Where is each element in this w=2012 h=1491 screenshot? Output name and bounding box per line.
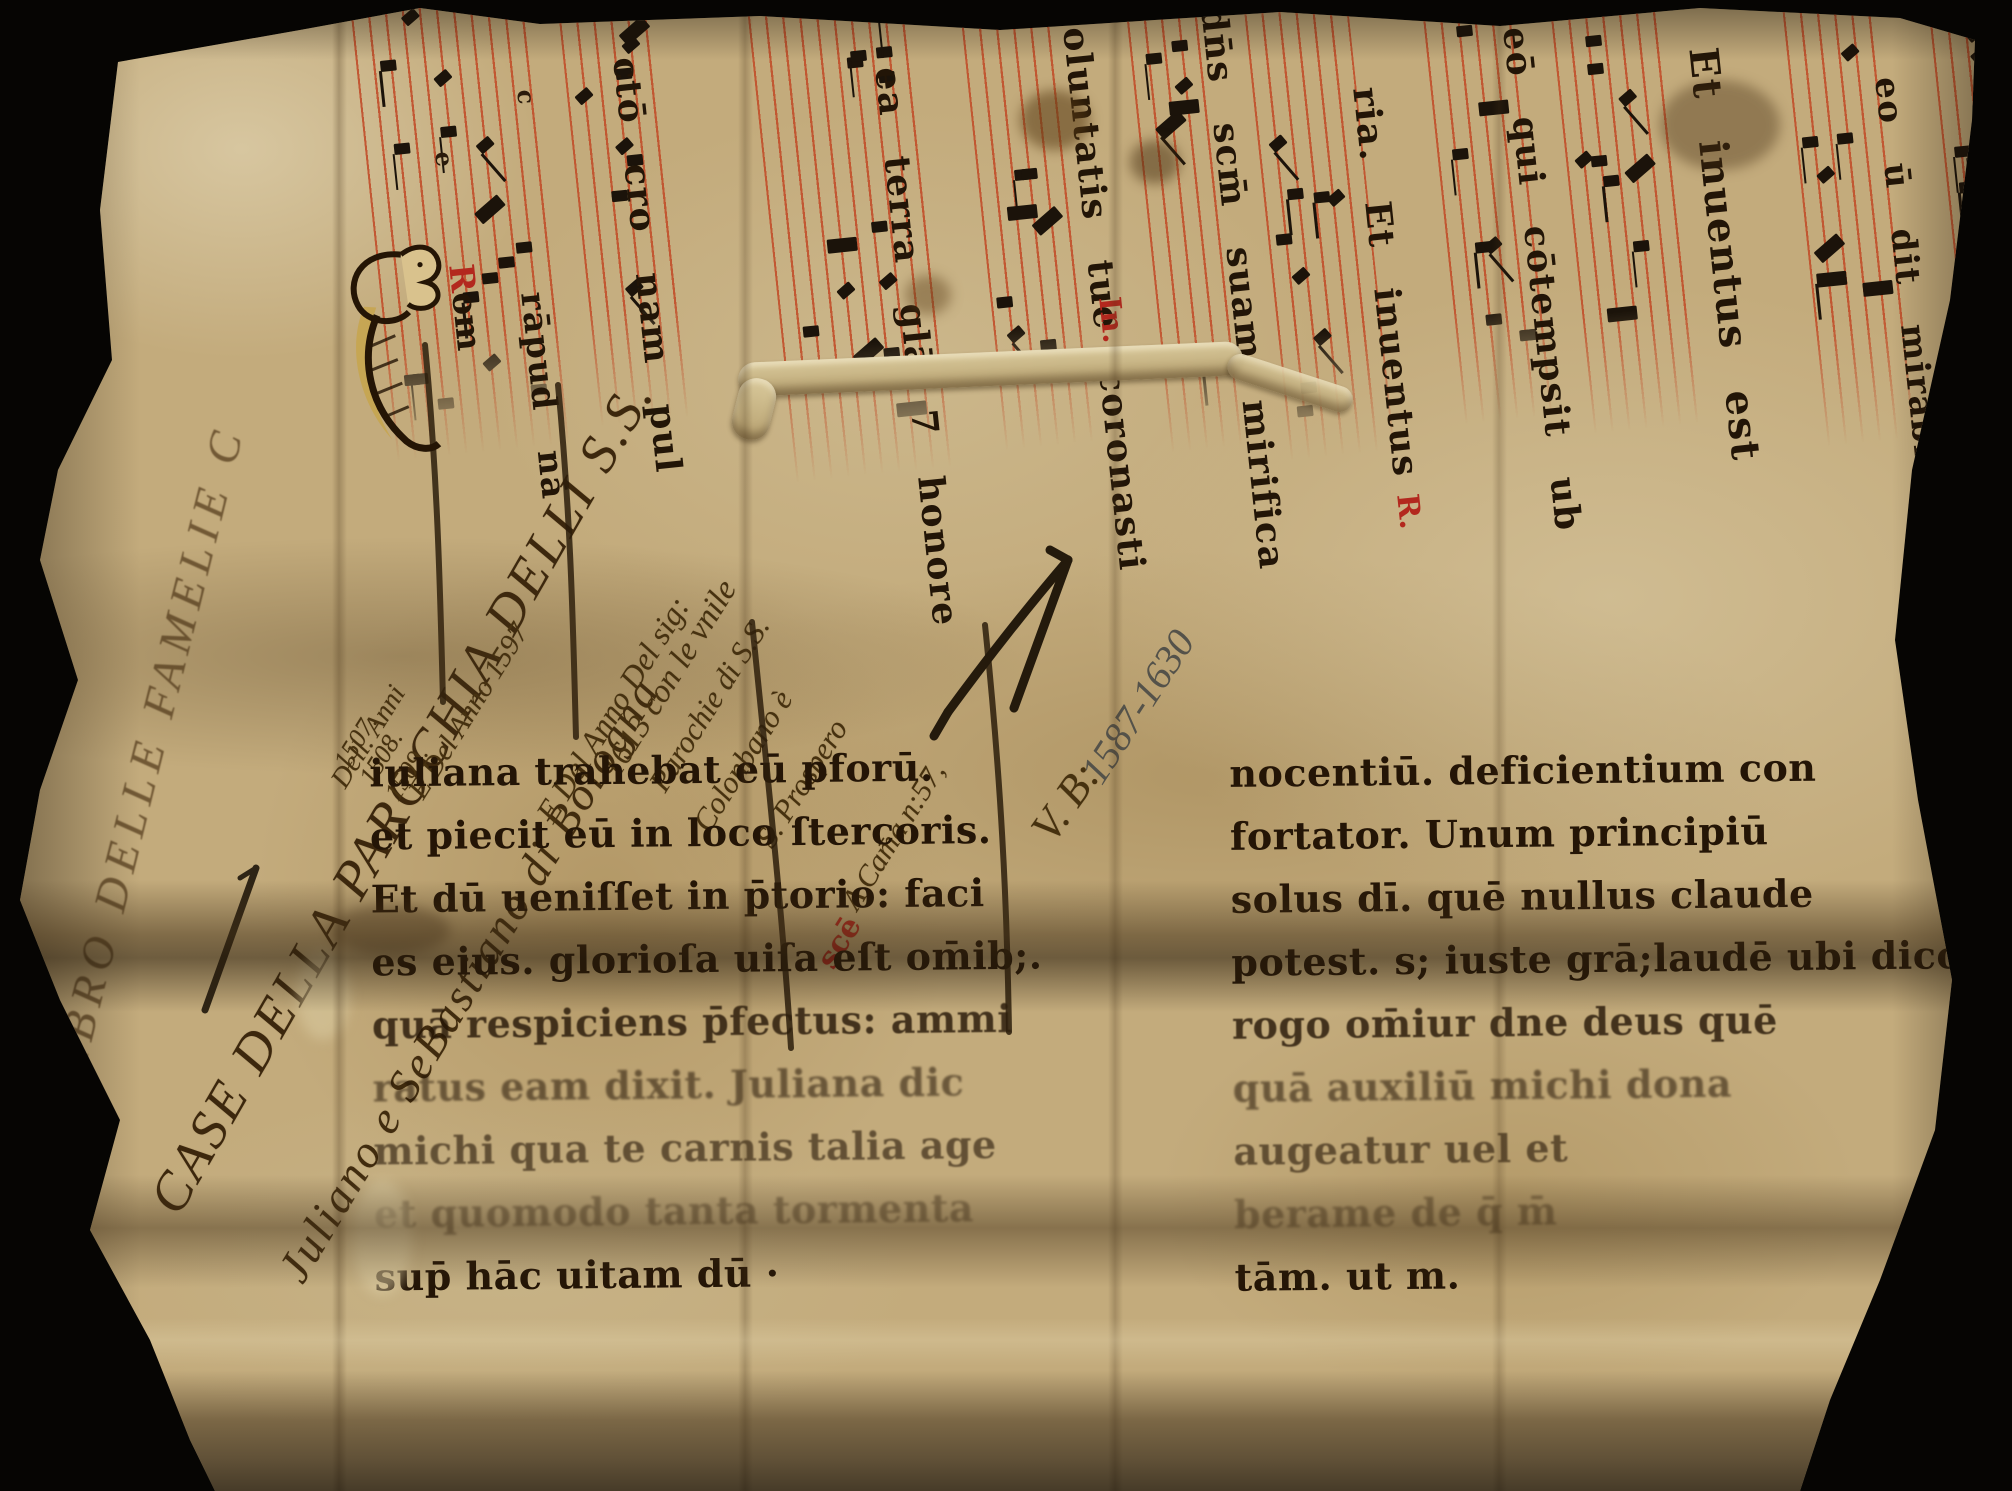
custos-mark: e — [429, 150, 459, 168]
neume-mark — [1959, 181, 1976, 194]
neume-mark — [1006, 325, 1025, 344]
neume-mark — [1172, 39, 1189, 52]
parchment-sheet: rāpud nā ctō cro nam pul ea terra glā 7 … — [0, 0, 2012, 1491]
latin-text-line: fortator. Unum principiū — [1230, 797, 1961, 868]
neume-mark — [482, 272, 499, 285]
latin-text-line: et piecit eū in loco ſtercoris. — [370, 797, 1042, 867]
neume-mark — [1007, 204, 1038, 221]
neume-mark — [1313, 328, 1332, 347]
wax-drip — [728, 374, 780, 443]
rubric-red-letter: In. — [1091, 295, 1131, 345]
neume-mark — [1606, 305, 1637, 322]
neume-mark — [1314, 191, 1331, 204]
neume-mark — [1984, 241, 2001, 254]
neume-mark — [1456, 25, 1473, 38]
neume-mark — [1268, 134, 1287, 153]
neume-mark — [437, 397, 454, 410]
neume-mark — [401, 8, 420, 27]
latin-text-right-column: nocentiū. deficientium confortator. Unum… — [1229, 734, 1966, 1309]
neume-mark — [827, 237, 858, 254]
neume-mark — [1590, 154, 1607, 167]
annotation-pencil-1587-1630: 1587-1630 — [1071, 621, 1205, 792]
neume-mark — [879, 10, 896, 23]
latin-text-line: rogo om̄iur dne deus quē — [1232, 986, 1963, 1057]
neume-mark — [1169, 99, 1200, 116]
neume-mark — [1970, 46, 1989, 65]
latin-text-line: et quomodo tanta tormenta — [374, 1175, 1046, 1245]
rubric-red-letter: R. — [1389, 492, 1428, 531]
glue-blob — [352, 1180, 412, 1295]
neume-mark — [1297, 405, 1314, 418]
neume-mark — [412, 373, 429, 386]
ink-stain — [1660, 80, 1780, 170]
neume-mark — [1825, 2, 1842, 15]
latin-text-line: solus dī. quē nullus claude — [1230, 860, 1961, 931]
marginalia-libro-title: LIBRO DELLE FAMELIE C — [37, 419, 255, 1101]
neume-mark — [476, 136, 495, 155]
rubric-black-part: om — [443, 290, 489, 353]
rubric-initial: In. — [1091, 295, 1131, 345]
neume-mark — [850, 50, 867, 63]
chant-staff — [1926, 0, 2012, 404]
neume-mark — [1964, 25, 1983, 44]
neume-mark — [1603, 175, 1620, 188]
neume-mark — [1452, 148, 1469, 161]
neume-mark — [498, 256, 515, 269]
latin-text-line: berame de q̄ m̄ — [1234, 1175, 1965, 1246]
latin-text-line: es eius. glorioſa uiſa eſt om̄ib;. — [371, 923, 1043, 993]
neume-mark — [1486, 313, 1503, 326]
latin-text-line: sup̄ hāc uitam dū · — [374, 1238, 1046, 1308]
neume-mark — [876, 46, 893, 59]
latin-text-line: iuliana trahebat eū pforū. — [369, 735, 1041, 805]
neume-mark — [802, 325, 819, 338]
neume-mark — [849, 0, 866, 7]
neume-mark — [1275, 233, 1292, 246]
neume-mark — [1618, 89, 1637, 108]
neume-mark — [1145, 53, 1162, 66]
latin-text-line: quā respiciens p̄fectus: ammi — [372, 986, 1044, 1056]
neume-mark — [1841, 43, 1860, 62]
ink-stain — [1130, 140, 1180, 184]
neume-mark — [1801, 136, 1818, 149]
neume-mark — [1633, 240, 1650, 253]
ink-stain — [1020, 90, 1090, 150]
manuscript-photo: rāpud nā ctō cro nam pul ea terra glā 7 … — [0, 0, 2012, 1491]
neume-mark — [1587, 63, 1604, 76]
custos-mark: c — [511, 88, 541, 106]
neume-mark — [1287, 188, 1304, 201]
latin-text-line: ratus eam dixit. Juliana dic — [372, 1049, 1044, 1119]
neume-mark — [393, 143, 410, 156]
neume-mark — [380, 60, 397, 73]
neume-mark — [574, 87, 593, 106]
neume-mark — [516, 241, 533, 254]
neume-mark — [1021, 168, 1038, 181]
neume-mark — [1585, 34, 1602, 47]
neume-mark — [482, 353, 501, 372]
ink-stain — [905, 275, 951, 315]
latin-text-line: nocentiū. deficientium con — [1229, 734, 1960, 805]
neume-mark — [1624, 153, 1656, 183]
neume-mark — [1174, 76, 1193, 95]
latin-text-line: Et dū ueniſſet in p̄torio: faci — [370, 860, 1042, 930]
neume-mark — [1814, 234, 1846, 264]
latin-text-line: tām. ut m. — [1234, 1238, 1965, 1309]
latin-text-line: michi qua te carnis talia age — [373, 1112, 1045, 1182]
fold-stain — [330, 905, 450, 955]
neume-mark — [1966, 156, 1983, 169]
numeral-one-mark — [205, 868, 256, 1010]
neume-mark — [474, 195, 506, 225]
neume-mark — [1954, 145, 1971, 158]
latin-text-line: augeatur uel et — [1233, 1112, 1964, 1183]
glue-blob — [296, 950, 350, 1040]
rubric-initial: R. — [1389, 492, 1428, 531]
latin-text-line: quā auxiliū michi dona — [1232, 1049, 1963, 1120]
latin-text-left-column: iuliana trahebat eū pforū.et piecit eū i… — [369, 735, 1046, 1309]
neume-mark — [1291, 267, 1310, 286]
neume-mark — [1836, 133, 1853, 146]
neume-mark — [433, 68, 452, 87]
neume-mark — [996, 296, 1013, 309]
neume-mark — [2002, 202, 2012, 215]
neume-mark — [440, 126, 457, 139]
latin-text-line: potest. s; iuste grā;laudē ubi dico — [1231, 923, 1962, 994]
neume-mark — [836, 281, 855, 300]
neume-mark — [1816, 271, 1847, 288]
neume-mark — [1816, 166, 1835, 185]
